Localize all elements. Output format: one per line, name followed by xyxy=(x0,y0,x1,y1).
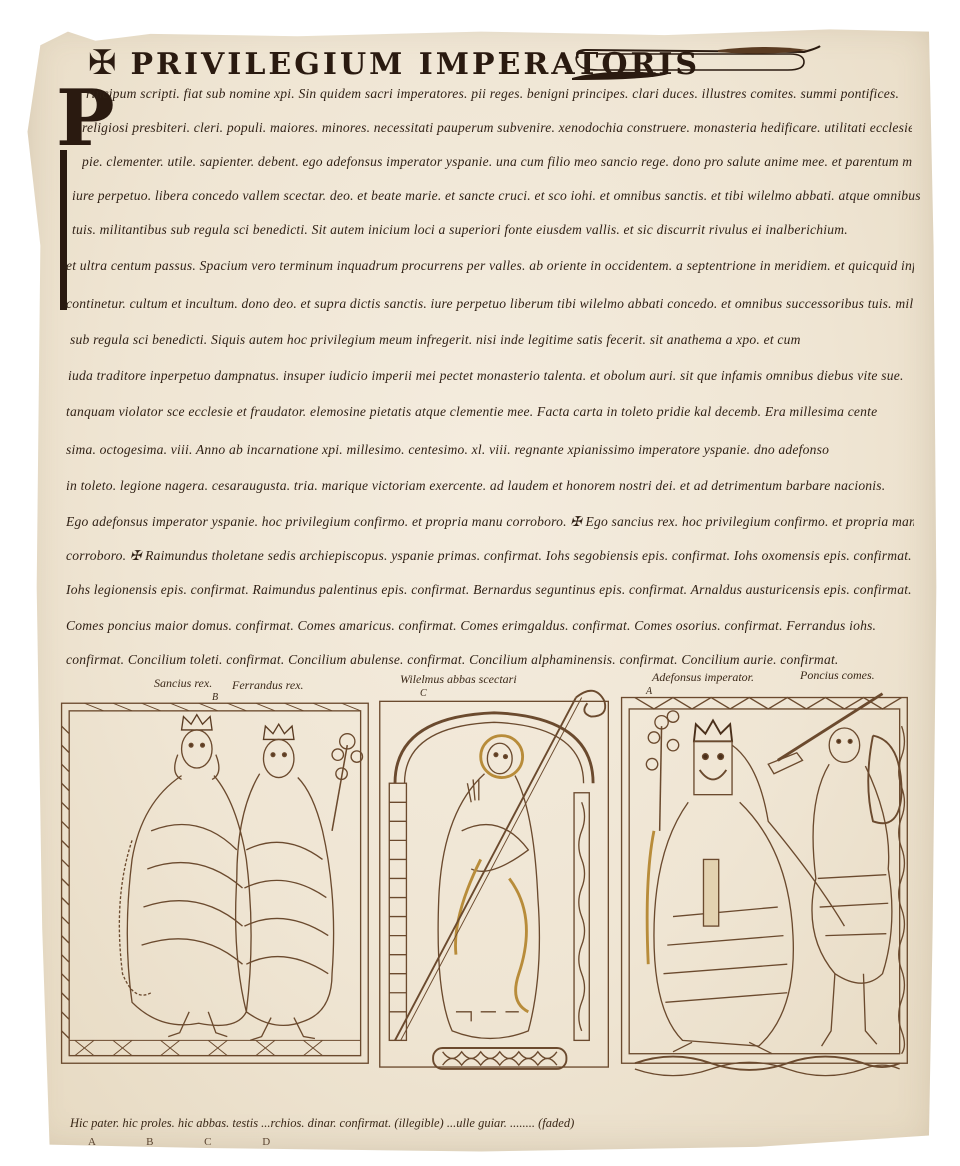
panel-two-kings-icon xyxy=(48,688,378,1088)
text-line: pie. clementer. utile. sapienter. debent… xyxy=(82,154,912,170)
panel-emperor-icon xyxy=(608,688,938,1088)
panel-abbot-icon xyxy=(370,688,620,1088)
text-line: sub regula sci benedicti. Siquis autem h… xyxy=(70,332,918,348)
text-line: sima. octogesima. viii. Anno ab incarnat… xyxy=(66,442,914,458)
bottom-markers: A B C D xyxy=(88,1136,488,1148)
text-line: et ultra centum passus. Spacium vero ter… xyxy=(66,258,914,274)
text-line: continetur. cultum et incultum. dono deo… xyxy=(66,296,914,312)
illustration-panels xyxy=(48,688,938,1108)
text-line: Ego adefonsus imperator yspanie. hoc pri… xyxy=(66,514,914,530)
text-line: rincipum scripti. fiat sub nomine xpi. S… xyxy=(86,86,912,102)
text-line: Iohs legionensis epis. confirmat. Raimun… xyxy=(66,582,914,598)
text-line: iure perpetuo. libera concedo vallem sce… xyxy=(72,188,920,204)
text-line: tuis. militantibus sub regula sci benedi… xyxy=(72,222,920,238)
caption-poncius: Poncius comes. xyxy=(800,668,875,683)
title-flourish-icon xyxy=(568,44,828,84)
initial-stem xyxy=(60,150,67,310)
text-line: tanquam violator sce ecclesie et fraudat… xyxy=(66,404,914,420)
text-line: in toleto. legione nagera. cesaraugusta.… xyxy=(66,478,914,494)
caption-adefonsus: Adefonsus imperator. xyxy=(652,670,754,685)
text-line: Comes poncius maior domus. confirmat. Co… xyxy=(66,618,914,634)
caption-wilelmus: Wilelmus abbas scectari xyxy=(400,672,517,687)
text-line: religiosi presbiteri. cleri. populi. mai… xyxy=(82,120,912,136)
bottom-caption-line: Hic pater. hic proles. hic abbas. testis… xyxy=(70,1116,900,1131)
text-line: corroboro. ✠ Raimundus tholetane sedis a… xyxy=(66,548,914,564)
text-line: confirmat. Concilium toleti. confirmat. … xyxy=(66,652,914,668)
text-line: iuda traditore inperpetuo dampnatus. ins… xyxy=(68,368,916,384)
